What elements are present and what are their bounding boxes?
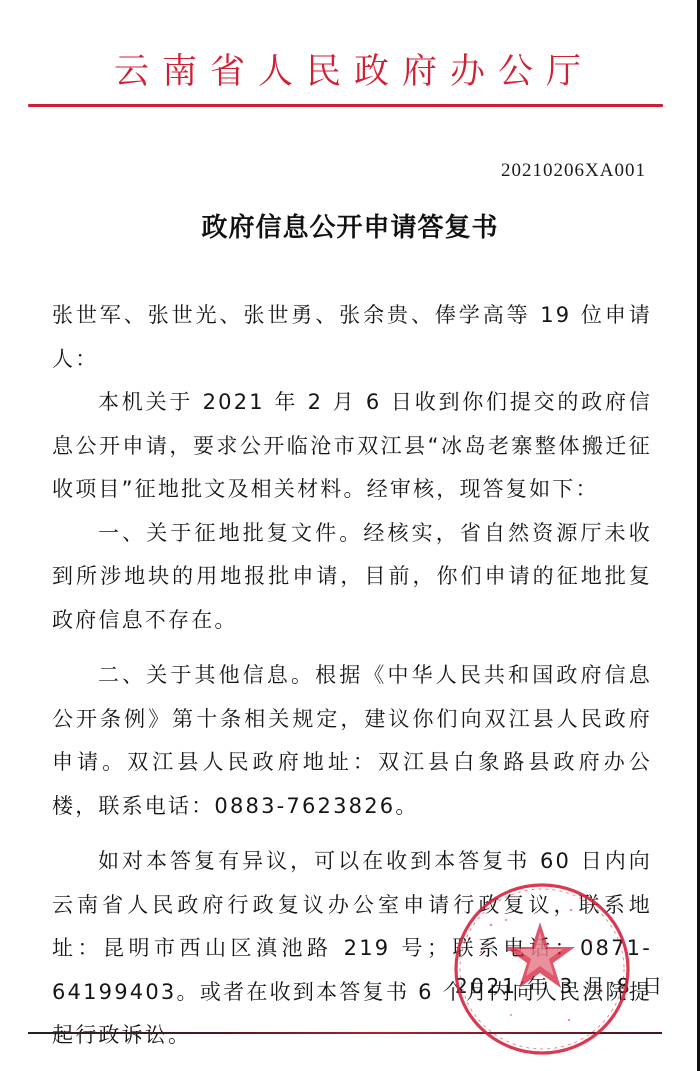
paragraph-intro: 本机关于 2021 年 2 月 6 日收到你们提交的政府信息公开申请，要求公开临… <box>52 381 652 512</box>
document-body: 张世军、张世光、张世勇、张余贵、俸学高等 19 位申请人： 本机关于 2021 … <box>52 294 652 1058</box>
paragraph-item-two: 二、关于其他信息。根据《中华人民共和国政府信息公开条例》第十条相关规定，建议你们… <box>52 654 652 828</box>
letterhead-organization: 云南省人民政府办公厅 <box>0 44 700 94</box>
paragraph-item-one: 一、关于征地批复文件。经核实，省自然资源厅未收到所涉地块的用地报批申请，目前，你… <box>52 512 652 643</box>
paragraph-appeal: 如对本答复有异议，可以在收到本答复书 60 日内向云南省人民政府行政复议办公室申… <box>52 840 652 1058</box>
letterhead-red-rule <box>28 104 663 107</box>
document-date: 2021 年 3 月 8 日 <box>455 970 665 999</box>
salutation: 张世军、张世光、张世勇、张余贵、俸学高等 19 位申请人： <box>52 294 652 381</box>
footer-rule <box>28 1032 662 1034</box>
document-number: 20210206XA001 <box>501 160 646 182</box>
document-title: 政府信息公开申请答复书 <box>0 207 700 244</box>
